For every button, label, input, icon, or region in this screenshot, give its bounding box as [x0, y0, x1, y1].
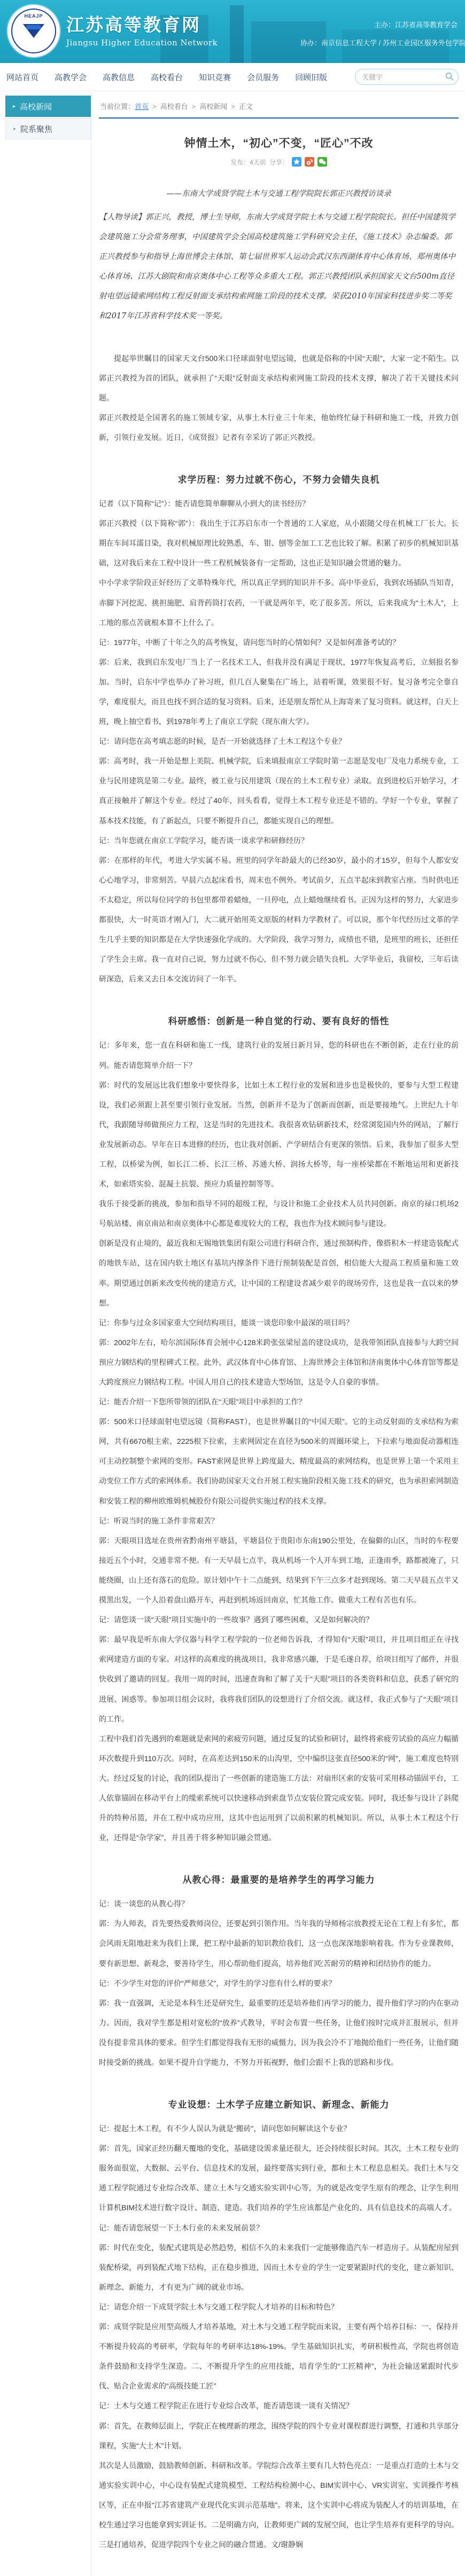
- article-paragraph: 记：不少学生对您的评价“严师慈父”，对学生的学习您有什么样的要求？: [99, 1974, 459, 1993]
- article-paragraph: 郭：成贤学院是应用型高级人才培养基地，对土木与交通工程学院而来说，主要有两个培养…: [99, 2317, 459, 2396]
- article-paragraph: 郭：首先，国家正经历翻天覆地的变化，基础建设需求量还很大，还会持续很长时间。其次…: [99, 2139, 459, 2218]
- banner-tower-decor: [230, 5, 244, 63]
- chevron-right-icon: ▸: [13, 126, 16, 132]
- nav-item-3[interactable]: 高校看台: [151, 72, 183, 83]
- sidebar-item-label: 高校新闻: [20, 101, 52, 112]
- article-paragraph: 记：谈一谈您的从教心得？: [99, 1894, 459, 1914]
- article-section-0: 求学历程：努力过就不伤心，不努力会错失良机记者（以下简称“记”）：能否请您简单聊…: [99, 472, 459, 989]
- search-box: [355, 69, 459, 85]
- nav-items: 网站首页高教学会高教信息高校看台知识竞赛会员服务回顾旧版: [6, 72, 343, 83]
- article-sections: 求学历程：努力过就不伤心，不努力会错失良机记者（以下简称“记”）：能否请您简单聊…: [99, 472, 459, 2555]
- article-paragraph: 郭：高考时，我一开始是想上美院、机械学院，后来填报南京工学院时第一志愿是发电厂及…: [99, 751, 459, 830]
- article-section-1: 科研感悟：创新是一种自觉的行动、要有良好的悟性记：多年来，您一直在科研和施工一线…: [99, 1014, 459, 1848]
- logo-emblem-icon: HEAJP: [7, 5, 60, 57]
- main-content: 当前位置：首页>高校看台>高校新闻>正文 钟情土木，“初心”不变，“匠心”不改 …: [91, 91, 465, 2576]
- article-paragraph: 记：听说当时的施工条件非常艰苦？: [99, 1511, 459, 1531]
- breadcrumb-link-home[interactable]: 首页: [135, 103, 149, 111]
- article-paragraph: 郭：为人师表，首先要热爱教师岗位，还要起到引领作用。当年我的导师杨宗放教授无论在…: [99, 1914, 459, 1973]
- article-paragraph: 郭：在那样的年代，考进大学实属不易。班里的同学年龄最大的已经30岁，最小的才15…: [99, 851, 459, 989]
- section-heading: 求学历程：努力过就不伤心，不努力会错失良机: [99, 472, 459, 485]
- sidebar-item-label: 院系聚焦: [20, 123, 52, 135]
- breadcrumb-separator: >: [231, 103, 235, 111]
- article-paragraph: 郭：天眼项目选址在贵州省黔南州平塘县，平塘县位于贵阳市东南190公里处，在偏僻的…: [99, 1531, 459, 1610]
- nav-item-0[interactable]: 网站首页: [6, 72, 38, 83]
- article-paragraph: 记：1977年，中断了十年之久的高考恢复，请问您当时的心情如何？又是如何准备考试…: [99, 633, 459, 653]
- section-heading: 科研感悟：创新是一种自觉的行动、要有良好的悟性: [99, 1014, 459, 1027]
- article-paragraph: 记：提起土木工程，有不少人误认为就是“搬砖”，请问您如何解读这个专业？: [99, 2119, 459, 2139]
- site-names: 江苏高等教育网 Jiangsu Higher Education Network: [66, 14, 218, 48]
- article-paragraph: 中小学求学阶段正好经历了文革特殊年代，所以真正学到的知识并不多。高中毕业后，我到…: [99, 573, 459, 632]
- coorg-line: 协办：南京信息工程大学 / 苏州工业园区服务外包学院: [300, 37, 465, 48]
- article-paragraph: 记：请您谈一谈“天眼”项目实施中的一些故事？遇到了哪些困难，又是如何解决的？: [99, 1610, 459, 1630]
- article-paragraph: 郭：时代的发展远比我们想象中要快得多，比如土木工程行业的发展和进步也是极快的，要…: [99, 1075, 459, 1195]
- sidebar-item-0[interactable]: ▸高校新闻: [5, 96, 91, 117]
- nav-item-6[interactable]: 回顾旧版: [295, 72, 327, 83]
- site-title: 江苏高等教育网: [66, 14, 218, 36]
- site-banner: HEAJP 江苏高等教育网 Jiangsu Higher Education N…: [0, 0, 465, 63]
- search-icon[interactable]: [445, 72, 454, 81]
- sidebar-item-1[interactable]: ▸院系聚焦: [5, 118, 91, 139]
- breadcrumb-current: 正文: [239, 103, 253, 111]
- publish-time: 发布：4天前: [230, 158, 266, 167]
- breadcrumb-separator: >: [152, 103, 157, 111]
- article-paragraph: 提起举世瞩目的国家天文台500米口径球面射电望远镜，也就是俗称的中国“天眼”，大…: [99, 349, 459, 408]
- chevron-right-icon: ▸: [13, 104, 15, 109]
- breadcrumb-link[interactable]: 高校看台: [160, 103, 188, 111]
- share-icons: [292, 157, 327, 167]
- main-nav: 网站首页高教学会高教信息高校看台知识竞赛会员服务回顾旧版: [0, 63, 465, 91]
- article-lead: 【人物导读】郭正兴，教授，博士生导师，东南大学成贤学院土木与交通工程学院院长。担…: [99, 208, 459, 326]
- search-input[interactable]: [355, 69, 459, 85]
- nav-item-5[interactable]: 会员服务: [247, 72, 279, 83]
- intro-paragraphs: 提起举世瞩目的国家天文台500米口径球面射电望远镜，也就是俗称的中国“天眼”，大…: [99, 349, 459, 447]
- breadcrumb-link[interactable]: 高校新闻: [199, 103, 227, 111]
- article-paragraph: 郭：后来，我到启东发电厂当上了一名技术工人，但我并没有满足于现状，1977年恢复…: [99, 653, 459, 732]
- article-subtitle: ——东南大学成贤学院土木与交通工程学院院长郭正兴教授访谈录: [99, 185, 459, 203]
- article-title: 钟情土木，“初心”不变，“匠心”不改: [99, 135, 459, 151]
- article-paragraph: 郭：2002年左右，哈尔滨国际体育会展中心128米跨张弦梁屋盖的建设成功，是我带…: [99, 1333, 459, 1392]
- article-paragraph: 创新是没有止境的，最近我和无锡地铁集团有限公司进行科研合作，通过预制构件，像搭积…: [99, 1234, 459, 1313]
- host-line: 主办：江苏省高等教育学会: [374, 19, 458, 29]
- breadcrumb: 当前位置：首页>高校看台>高校新闻>正文: [99, 98, 459, 119]
- breadcrumb-prefix: 当前位置：: [100, 103, 135, 111]
- article-paragraph: 郭：时代在变化，装配式建筑是必然趋势，相信不久的未来我们一定能够像造汽车一样造房…: [99, 2238, 459, 2297]
- article-paragraph: 记：请问您在高考填志愿的时候，是否一开始就选择了土木工程这个专业？: [99, 732, 459, 751]
- article-paragraph: 郭：我一直强调，无论是本科生还是研究生，最重要的还是培养他们再学习的能力，提升他…: [99, 1993, 459, 2072]
- share-qzone-icon[interactable]: [292, 157, 301, 167]
- article-paragraph: 郭正兴教授是全国著名的施工领域专家，从事土木行业三十年来，他始终忙碌于科研和施工…: [99, 408, 459, 447]
- article-meta: 发布：4天前 分享：: [99, 157, 459, 167]
- section-heading: 专业设想：土木学子应建立新知识、新理念、新能力: [99, 2097, 459, 2110]
- article-paragraph: 记：能否介绍一下您所带领的团队在“天眼”项目中承担的工作？: [99, 1392, 459, 1412]
- nav-item-4[interactable]: 知识竞赛: [199, 72, 231, 83]
- article-paragraph: 记：你参与过众多国家重大空间结构项目，能谈一谈您印象中最深的项目吗？: [99, 1313, 459, 1333]
- breadcrumb-separator: >: [192, 103, 196, 111]
- sidebar: ▸高校新闻▸院系聚焦: [0, 91, 91, 2576]
- article-paragraph: 工程中我们首先遇到的难题就是索网的索疲劳问题，通过反复的试验和研讨，最终将索疲劳…: [99, 1729, 459, 1848]
- article-paragraph: 记者（以下简称“记”）：能否请您简单聊聊从小到大的读书经历？: [99, 494, 459, 514]
- article-paragraph: 记：当年您就在南京工学院学习，能否谈一谈求学和研修经历？: [99, 831, 459, 851]
- logo-book-icon: [23, 24, 44, 38]
- article-paragraph: 记：土木与交通工程学院正在进行专业综合改革，能否请您谈一谈有关情况？: [99, 2396, 459, 2416]
- site-subtitle: Jiangsu Higher Education Network: [66, 38, 218, 48]
- site-logo[interactable]: HEAJP 江苏高等教育网 Jiangsu Higher Education N…: [7, 5, 218, 57]
- article-paragraph: 记：多年来，您一直在科研和施工一线，建筑行业的发展日新月异，您的科研也在不断创新…: [99, 1035, 459, 1075]
- share-weibo-icon[interactable]: [305, 157, 314, 167]
- article-paragraph: 郭：最早我是听东南大学仪器与科学工程学院的一位老师告诉我，才得知有“天眼”项目，…: [99, 1630, 459, 1729]
- article-paragraph: 郭：首先，在教师层面上，学院正在梳理新的理念，围绕学院的四个专业对课程群进行调整…: [99, 2416, 459, 2456]
- article-paragraph: 记：请您介绍一下成贤学院土木与交通工程学院人才培养的目标和特色？: [99, 2297, 459, 2317]
- share-wechat-icon[interactable]: [317, 157, 327, 167]
- article-section-2: 从教心得：最重要的是培养学生的再学习能力记：谈一谈您的从教心得？郭：为人师表，首…: [99, 1872, 459, 2072]
- nav-item-2[interactable]: 高教信息: [103, 72, 135, 83]
- share-label: 分享：: [269, 158, 289, 167]
- article-paragraph: 其次是人员激励，鼓励教师创新、科研和改革。学院综合改革主要有几大特色亮点：一是重…: [99, 2456, 459, 2555]
- article-paragraph: 记：能否请您展望一下土木行业的未来发展前景？: [99, 2218, 459, 2238]
- nav-item-1[interactable]: 高教学会: [55, 72, 87, 83]
- page-layout: ▸高校新闻▸院系聚焦 当前位置：首页>高校看台>高校新闻>正文 钟情土木，“初心…: [0, 91, 465, 2576]
- article-paragraph: 郭：500米口径球面射电望远镜（简称FAST），也是世界瞩目的“中国天眼”。它的…: [99, 1412, 459, 1511]
- article-paragraph: 我乐于接受新的挑战，参加和指导不同的超级工程，与设计和施工企业技术人员共同创新。…: [99, 1194, 459, 1234]
- article-paragraph: 郭正兴教授（以下简称“郭”）：我出生于江苏启东市一个普通的工人家庭，从小跟随父母…: [99, 514, 459, 573]
- article-section-3: 专业设想：土木学子应建立新知识、新理念、新能力记：提起土木工程，有不少人误认为就…: [99, 2097, 459, 2555]
- section-heading: 从教心得：最重要的是培养学生的再学习能力: [99, 1872, 459, 1886]
